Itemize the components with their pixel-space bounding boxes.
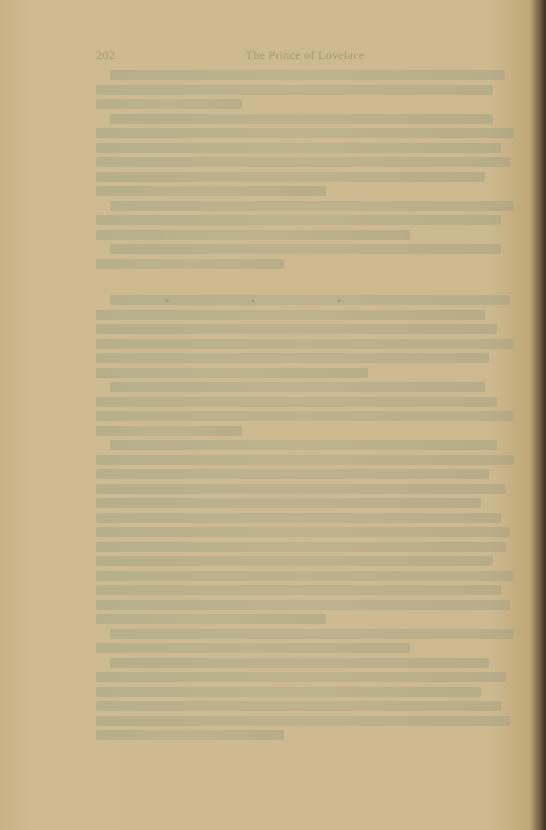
- text-line: [110, 244, 501, 254]
- text-line: [96, 498, 481, 508]
- scanned-page: 202 The Prince of Lovelace * * *: [0, 0, 546, 830]
- text-line: [96, 128, 514, 138]
- text-line: [96, 527, 510, 537]
- text-line: [96, 143, 501, 153]
- text-line: [110, 114, 493, 124]
- text-line: [96, 215, 501, 225]
- text-line: [96, 455, 514, 465]
- running-header: 202 The Prince of Lovelace: [96, 48, 514, 64]
- paragraph: [96, 629, 514, 654]
- text-line: [96, 368, 368, 378]
- paragraph: [96, 70, 514, 109]
- text-line: [110, 382, 485, 392]
- text-line: [96, 324, 497, 334]
- text-line: [110, 658, 489, 668]
- text-line: [96, 186, 326, 196]
- text-line: [96, 426, 242, 436]
- text-line: [96, 484, 506, 494]
- text-line: [96, 687, 481, 697]
- paragraph: [96, 114, 514, 197]
- text-line: [96, 172, 485, 182]
- text-line: [96, 614, 326, 624]
- text-line: [96, 259, 284, 269]
- running-head-title: The Prince of Lovelace: [96, 48, 514, 63]
- text-line: [96, 99, 242, 109]
- text-line: [96, 643, 410, 653]
- text-line: [96, 542, 506, 552]
- text-line: [96, 716, 510, 726]
- text-line: [96, 339, 514, 349]
- page-body-text: [96, 70, 514, 745]
- text-line: [96, 672, 506, 682]
- text-line: [96, 469, 489, 479]
- text-line: [96, 353, 489, 363]
- text-line: [110, 201, 514, 211]
- text-line: [96, 556, 493, 566]
- text-line: [96, 513, 501, 523]
- text-line: [96, 85, 493, 95]
- text-line: [110, 440, 497, 450]
- paragraph: [96, 382, 514, 436]
- text-line: [96, 730, 284, 740]
- text-line: [96, 310, 485, 320]
- paragraph: [96, 244, 514, 269]
- text-line: [96, 411, 514, 421]
- text-line: [110, 629, 514, 639]
- text-line: [110, 70, 505, 80]
- text-line: [96, 230, 410, 240]
- paragraph: [96, 658, 514, 741]
- text-line: [96, 571, 514, 581]
- text-line: [96, 701, 501, 711]
- paragraph: [96, 295, 514, 378]
- paragraph: [96, 440, 514, 624]
- section-break: * * *: [0, 298, 546, 307]
- text-line: [96, 585, 501, 595]
- text-line: [96, 157, 510, 167]
- text-line: [96, 600, 510, 610]
- paragraph: [96, 201, 514, 240]
- text-line: [96, 397, 497, 407]
